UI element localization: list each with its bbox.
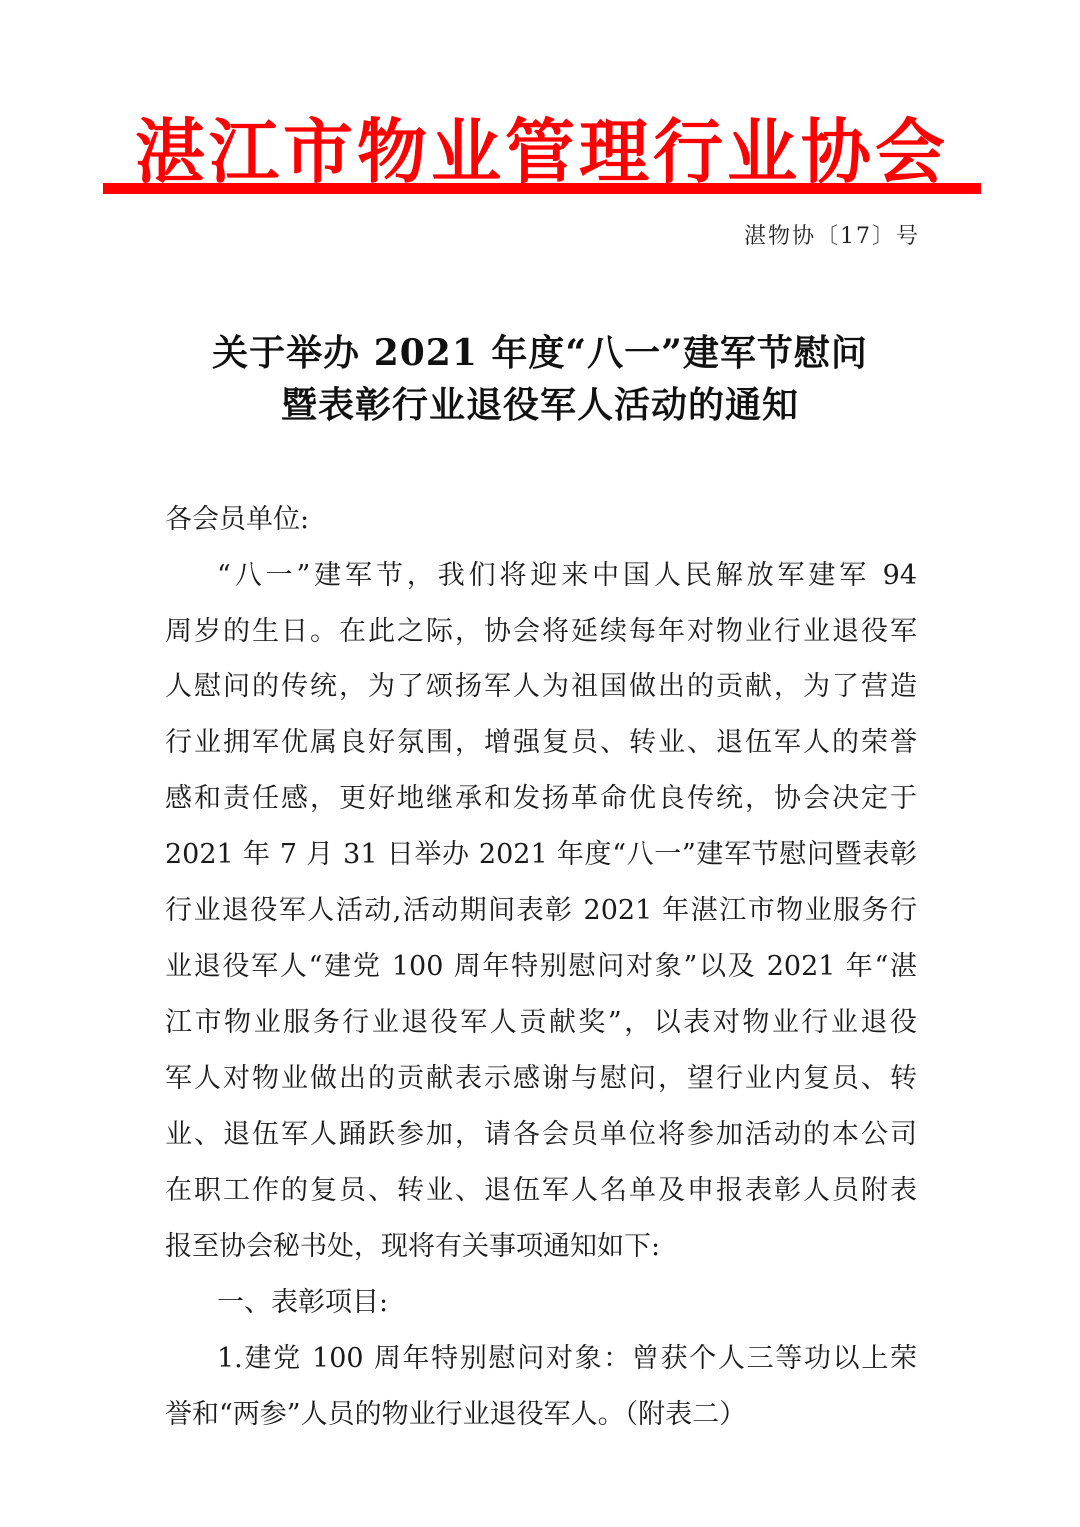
- document-page: 湛江市物业管理行业协会 湛物协〔17〕号 关于举办 2021 年度“八一”建军节…: [0, 0, 1080, 1527]
- paragraph-line: 人慰问的传统，为了颂扬军人为祖国做出的贡献，为了营造: [165, 667, 917, 707]
- notice-title-line-2: 暨表彰行业退役军人活动的通知: [100, 380, 980, 430]
- list-item-line: 誉和“两参”人员的物业行业退役军人。（附表二）: [165, 1395, 746, 1435]
- salutation: 各会员单位:: [165, 500, 309, 540]
- paragraph-line: “八一”建军节，我们将迎来中国人民解放军建军 94: [217, 556, 917, 596]
- paragraph-line: 感和责任感，更好地继承和发扬革命优良传统，协会决定于: [165, 779, 917, 819]
- list-item-line: 1.建党 100 周年特别慰问对象：曾获个人三等功以上荣: [217, 1339, 917, 1379]
- paragraph-line: 业退役军人“建党 100 周年特别慰问对象”以及 2021 年“湛: [165, 947, 917, 987]
- letterhead-red-rule: [103, 183, 981, 194]
- paragraph-line: 2021 年 7 月 31 日举办 2021 年度“八一”建军节慰问暨表彰: [165, 835, 917, 875]
- paragraph-line: 军人对物业做出的贡献表示感谢与慰问，望行业内复员、转: [165, 1059, 917, 1099]
- paragraph-line: 行业拥军优属良好氛围，增强复员、转业、退伍军人的荣誉: [165, 723, 917, 763]
- document-number: 湛物协〔17〕号: [744, 222, 920, 252]
- notice-title-line-1: 关于举办 2021 年度“八一”建军节慰问: [100, 328, 980, 378]
- paragraph-line: 业、退伍军人踊跃参加，请各会员单位将参加活动的本公司: [165, 1115, 917, 1155]
- paragraph-line: 报至协会秘书处，现将有关事项通知如下:: [165, 1227, 660, 1267]
- section-heading: 一、表彰项目:: [217, 1283, 388, 1323]
- paragraph-line: 在职工作的复员、转业、退伍军人名单及申报表彰人员附表: [165, 1171, 917, 1211]
- organization-letterhead: 湛江市物业管理行业协会: [103, 112, 981, 192]
- paragraph-line: 周岁的生日。在此之际，协会将延续每年对物业行业退役军: [165, 612, 917, 652]
- paragraph-line: 行业退役军人活动,活动期间表彰 2021 年湛江市物业服务行: [165, 891, 917, 931]
- paragraph-line: 江市物业服务行业退役军人贡献奖”，以表对物业行业退役: [165, 1003, 917, 1043]
